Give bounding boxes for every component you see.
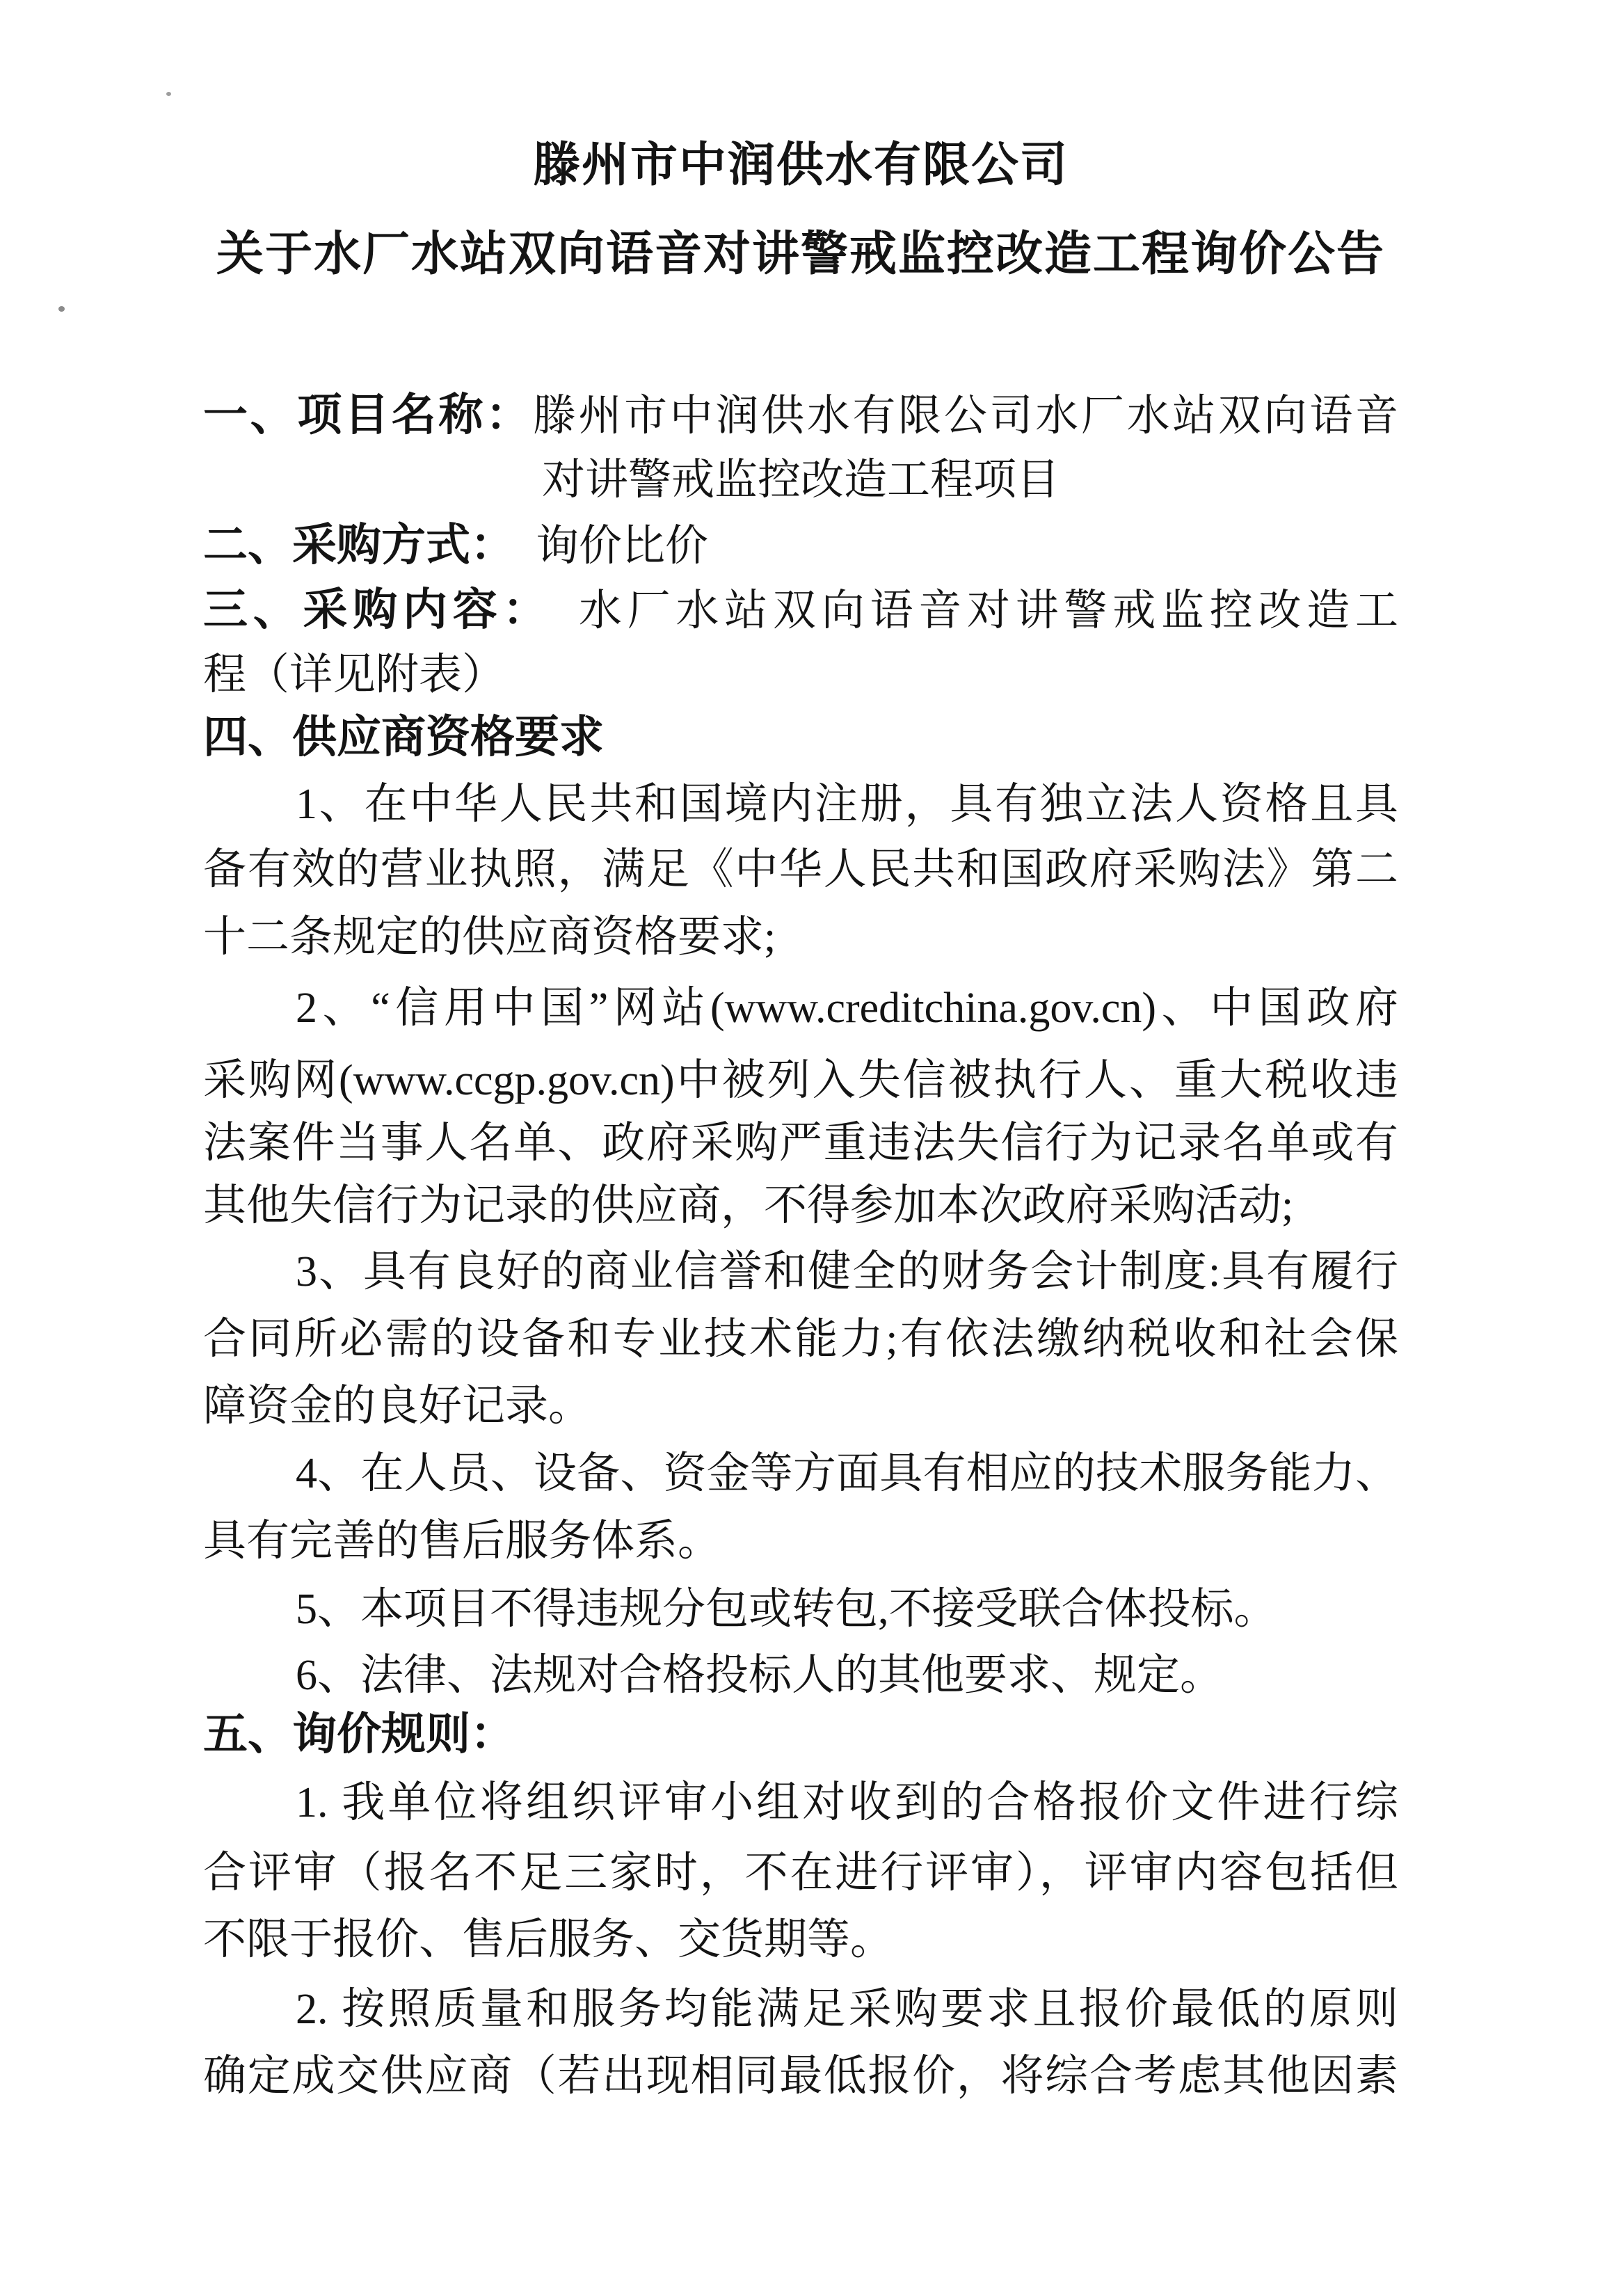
text-line: 1、在中华人民共和国境内注册，具有独立法人资格且具: [203, 771, 1398, 838]
text-segment: 确定成交供应商（若出现相同最低报价，将综合考虑其他因素: [203, 2052, 1398, 2100]
heading-segment: 三、采购内容：: [203, 585, 530, 635]
text-line: 不限于报价、售后服务、交货期等。: [203, 1906, 1398, 1973]
text-segment: 合评审（报名不足三家时，不在进行评审），评审内容包括但: [203, 1849, 1398, 1897]
text-segment: 2、“信用中国”网站(www.creditchina.gov.cn)、中国政府: [296, 984, 1398, 1032]
text-segment: 1、在中华人民共和国境内注册，具有独立法人资格且具: [296, 781, 1398, 828]
text-line: 具有完善的售后服务体系。: [203, 1508, 1398, 1574]
text-line: 法案件当事人名单、政府采购严重违法失信行为记录名单或有: [203, 1110, 1398, 1177]
text-line: 3、具有良好的商业信誉和健全的财务会计制度:具有履行: [203, 1238, 1398, 1305]
heading-segment: 二、采购方式：: [203, 520, 493, 570]
text-segment: 障资金的良好记录。: [203, 1382, 591, 1430]
text-segment: 5、本项目不得违规分包或转包,不接受联合体投标。: [296, 1586, 1277, 1633]
text-line: 确定成交供应商（若出现相同最低报价，将综合考虑其他因素: [203, 2043, 1398, 2110]
text-line: 二、采购方式： 询价比价: [203, 512, 1398, 579]
text-line: 合同所必需的设备和专业技术能力;有依法缴纳税收和社会保: [203, 1306, 1398, 1373]
text-line: 1. 我单位将组织评审小组对收到的合格报价文件进行综: [203, 1769, 1398, 1836]
text-segment: 合同所必需的设备和专业技术能力;有依法缴纳税收和社会保: [203, 1316, 1398, 1363]
document-page: 滕州市中润供水有限公司 关于水厂水站双向语音对讲警戒监控改造工程询价公告 一、项…: [0, 0, 1607, 2296]
text-line: 2. 按照质量和服务均能满足采购要求且报价最低的原则: [203, 1976, 1398, 2043]
text-line: 程（详见附表）: [203, 641, 1398, 708]
text-line: 障资金的良好记录。: [203, 1373, 1398, 1440]
text-line: 十二条规定的供应商资格要求;: [203, 904, 1398, 971]
text-segment: 6、法律、法规对合格投标人的其他要求、规定。: [296, 1652, 1223, 1699]
scan-speck-1: [166, 92, 171, 96]
text-segment: 4、在人员、设备、资金等方面具有相应的技术服务能力、: [296, 1450, 1398, 1497]
company-title: 滕州市中润供水有限公司: [203, 130, 1398, 200]
text-line: 合评审（报名不足三家时，不在进行评审），评审内容包括但: [203, 1840, 1398, 1906]
text-line: 一、项目名称：滕州市中润供水有限公司水厂水站双向语音: [203, 382, 1398, 449]
text-segment: 法案件当事人名单、政府采购严重违法失信行为记录名单或有: [203, 1119, 1398, 1167]
text-segment: 2. 按照质量和服务均能满足采购要求且报价最低的原则: [296, 1986, 1398, 2033]
text-segment: 采购网(www.ccgp.gov.cn)中被列入失信被执行人、重大税收违: [203, 1057, 1398, 1104]
text-segment: 水厂水站双向语音对讲警戒监控改造工: [530, 587, 1398, 635]
text-line: 备有效的营业执照，满足《中华人民共和国政府采购法》第二: [203, 836, 1398, 903]
text-segment: 对讲警戒监控改造工程项目: [542, 456, 1060, 504]
text-segment: 滕州市中润供水有限公司水厂水站双向语音: [533, 392, 1398, 440]
text-line: 4、在人员、设备、资金等方面具有相应的技术服务能力、: [203, 1440, 1398, 1507]
text-line: 5、本项目不得违规分包或转包,不接受联合体投标。: [203, 1576, 1398, 1643]
heading-segment: 四、供应商资格要求: [203, 712, 604, 762]
text-segment: 十二条规定的供应商资格要求;: [203, 914, 776, 961]
text-segment: 1. 我单位将组织评审小组对收到的合格报价文件进行综: [296, 1779, 1398, 1826]
text-segment: 询价比价: [493, 523, 708, 570]
text-line: 其他失信行为记录的供应商，不得参加本次政府采购活动;: [203, 1172, 1398, 1239]
text-segment: 具有完善的售后服务体系。: [203, 1517, 721, 1565]
text-line: 2、“信用中国”网站(www.creditchina.gov.cn)、中国政府: [203, 975, 1398, 1042]
text-line: 五、询价规则：: [203, 1701, 1398, 1768]
scan-speck-2: [58, 306, 65, 312]
text-segment: 备有效的营业执照，满足《中华人民共和国政府采购法》第二: [203, 846, 1398, 893]
text-line: 三、采购内容： 水厂水站双向语音对讲警戒监控改造工: [203, 577, 1398, 644]
text-line: 采购网(www.ccgp.gov.cn)中被列入失信被执行人、重大税收违: [203, 1047, 1398, 1114]
text-line: 对讲警戒监控改造工程项目: [203, 447, 1398, 513]
announcement-title: 关于水厂水站双向语音对讲警戒监控改造工程询价公告: [203, 219, 1398, 289]
text-line: 四、供应商资格要求: [203, 704, 1398, 771]
text-line: 6、法律、法规对合格投标人的其他要求、规定。: [203, 1642, 1398, 1709]
heading-segment: 五、询价规则：: [203, 1709, 515, 1759]
text-segment: 程（详见附表）: [203, 651, 505, 699]
text-segment: 其他失信行为记录的供应商，不得参加本次政府采购活动;: [203, 1182, 1293, 1229]
text-segment: 不限于报价、售后服务、交货期等。: [203, 1916, 893, 1963]
text-segment: 3、具有良好的商业信誉和健全的财务会计制度:具有履行: [296, 1248, 1398, 1296]
heading-segment: 一、项目名称：: [203, 390, 533, 440]
